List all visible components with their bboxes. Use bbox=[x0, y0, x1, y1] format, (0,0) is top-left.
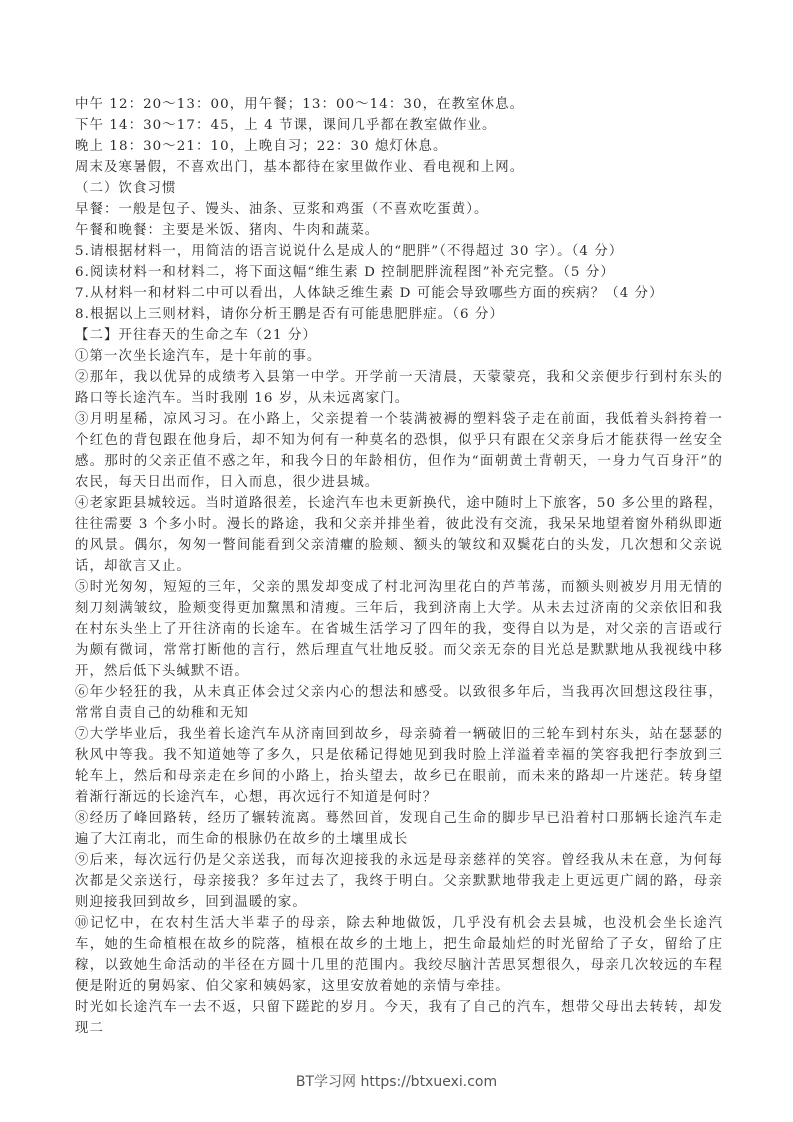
paragraph-9: ⑨后来，每次远行仍是父亲送我，而每次迎接我的永远是母亲慈祥的笑容。曾经我从未在意… bbox=[75, 850, 723, 913]
paragraph-11: 时光如长途汽车一去不返，只留下蹉跎的岁月。今天，我有了自己的汽车，想带父母出去转… bbox=[75, 997, 723, 1039]
document-page: 中午 12：20～13：00，用午餐；13：00～14：30，在教室休息。 下午… bbox=[75, 94, 723, 1039]
paragraph-5: ⑤时光匆匆，短短的三年，父亲的黑发却变成了村北河沟里花白的芦苇荡，而额头则被岁月… bbox=[75, 577, 723, 682]
paragraph-8: ⑧经历了峰回路转，经历了辗转流离。蓦然回首，发现自己生命的脚步早已沿着村口那辆长… bbox=[75, 808, 723, 850]
diet-breakfast: 早餐：一般是包子、馒头、油条、豆浆和鸡蛋（不喜欢吃蛋黄）。 bbox=[75, 199, 723, 220]
section-two-title: 【二】开往春天的生命之车（21 分） bbox=[75, 325, 723, 346]
schedule-weekend: 周末及寒暑假，不喜欢出门，基本都待在家里做作业、看电视和上网。 bbox=[75, 157, 723, 178]
paragraph-1: ①第一次坐长途汽车，是十年前的事。 bbox=[75, 346, 723, 367]
schedule-afternoon: 下午 14：30～17：45，上 4 节课，课间几乎都在教室做作业。 bbox=[75, 115, 723, 136]
schedule-evening: 晚上 18：30～21：10，上晚自习；22：30 熄灯休息。 bbox=[75, 136, 723, 157]
schedule-noon: 中午 12：20～13：00，用午餐；13：00～14：30，在教室休息。 bbox=[75, 94, 723, 115]
paragraph-7: ⑦大学毕业后，我坐着长途汽车从济南回到故乡，母亲骑着一辆破旧的三轮车到村东头，站… bbox=[75, 724, 723, 808]
paragraph-3: ③月明星稀，凉风习习。在小路上，父亲提着一个装满被褥的塑料袋子走在前面，我低着头… bbox=[75, 409, 723, 493]
question-6: 6.阅读材料一和材料二，将下面这幅“维生素 D 控制肥胖流程图”补充完整。（5 … bbox=[75, 262, 723, 283]
diet-lunch-dinner: 午餐和晚餐：主要是米饭、猪肉、牛肉和蔬菜。 bbox=[75, 220, 723, 241]
diet-heading: （二）饮食习惯 bbox=[75, 178, 723, 199]
paragraph-2: ②那年，我以优异的成绩考入县第一中学。开学前一天清晨，天蒙蒙亮，我和父亲便步行到… bbox=[75, 367, 723, 409]
question-7: 7.从材料一和材料二中可以看出，人体缺乏维生素 D 可能会导致哪些方面的疾病？（… bbox=[75, 283, 723, 304]
paragraph-10: ⑩记忆中，在农村生活大半辈子的母亲，除去种地做饭，几乎没有机会去县城，也没机会坐… bbox=[75, 913, 723, 997]
paragraph-4: ④老家距县城较远。当时道路很差，长途汽车也未更新换代，途中随时上下旅客，50 多… bbox=[75, 493, 723, 577]
paragraph-6: ⑥年少轻狂的我，从未真正体会过父亲内心的想法和感受。以致很多年后，当我再次回想这… bbox=[75, 682, 723, 724]
question-8: 8.根据以上三则材料，请你分析王鹏是否有可能患肥胖症。（6 分） bbox=[75, 304, 723, 325]
question-5: 5.请根据材料一，用简洁的语言说说什么是成人的“肥胖”（不得超过 30 字）。（… bbox=[75, 241, 723, 262]
site-watermark: BT学习网 https://btxuexi.com bbox=[0, 1071, 793, 1091]
